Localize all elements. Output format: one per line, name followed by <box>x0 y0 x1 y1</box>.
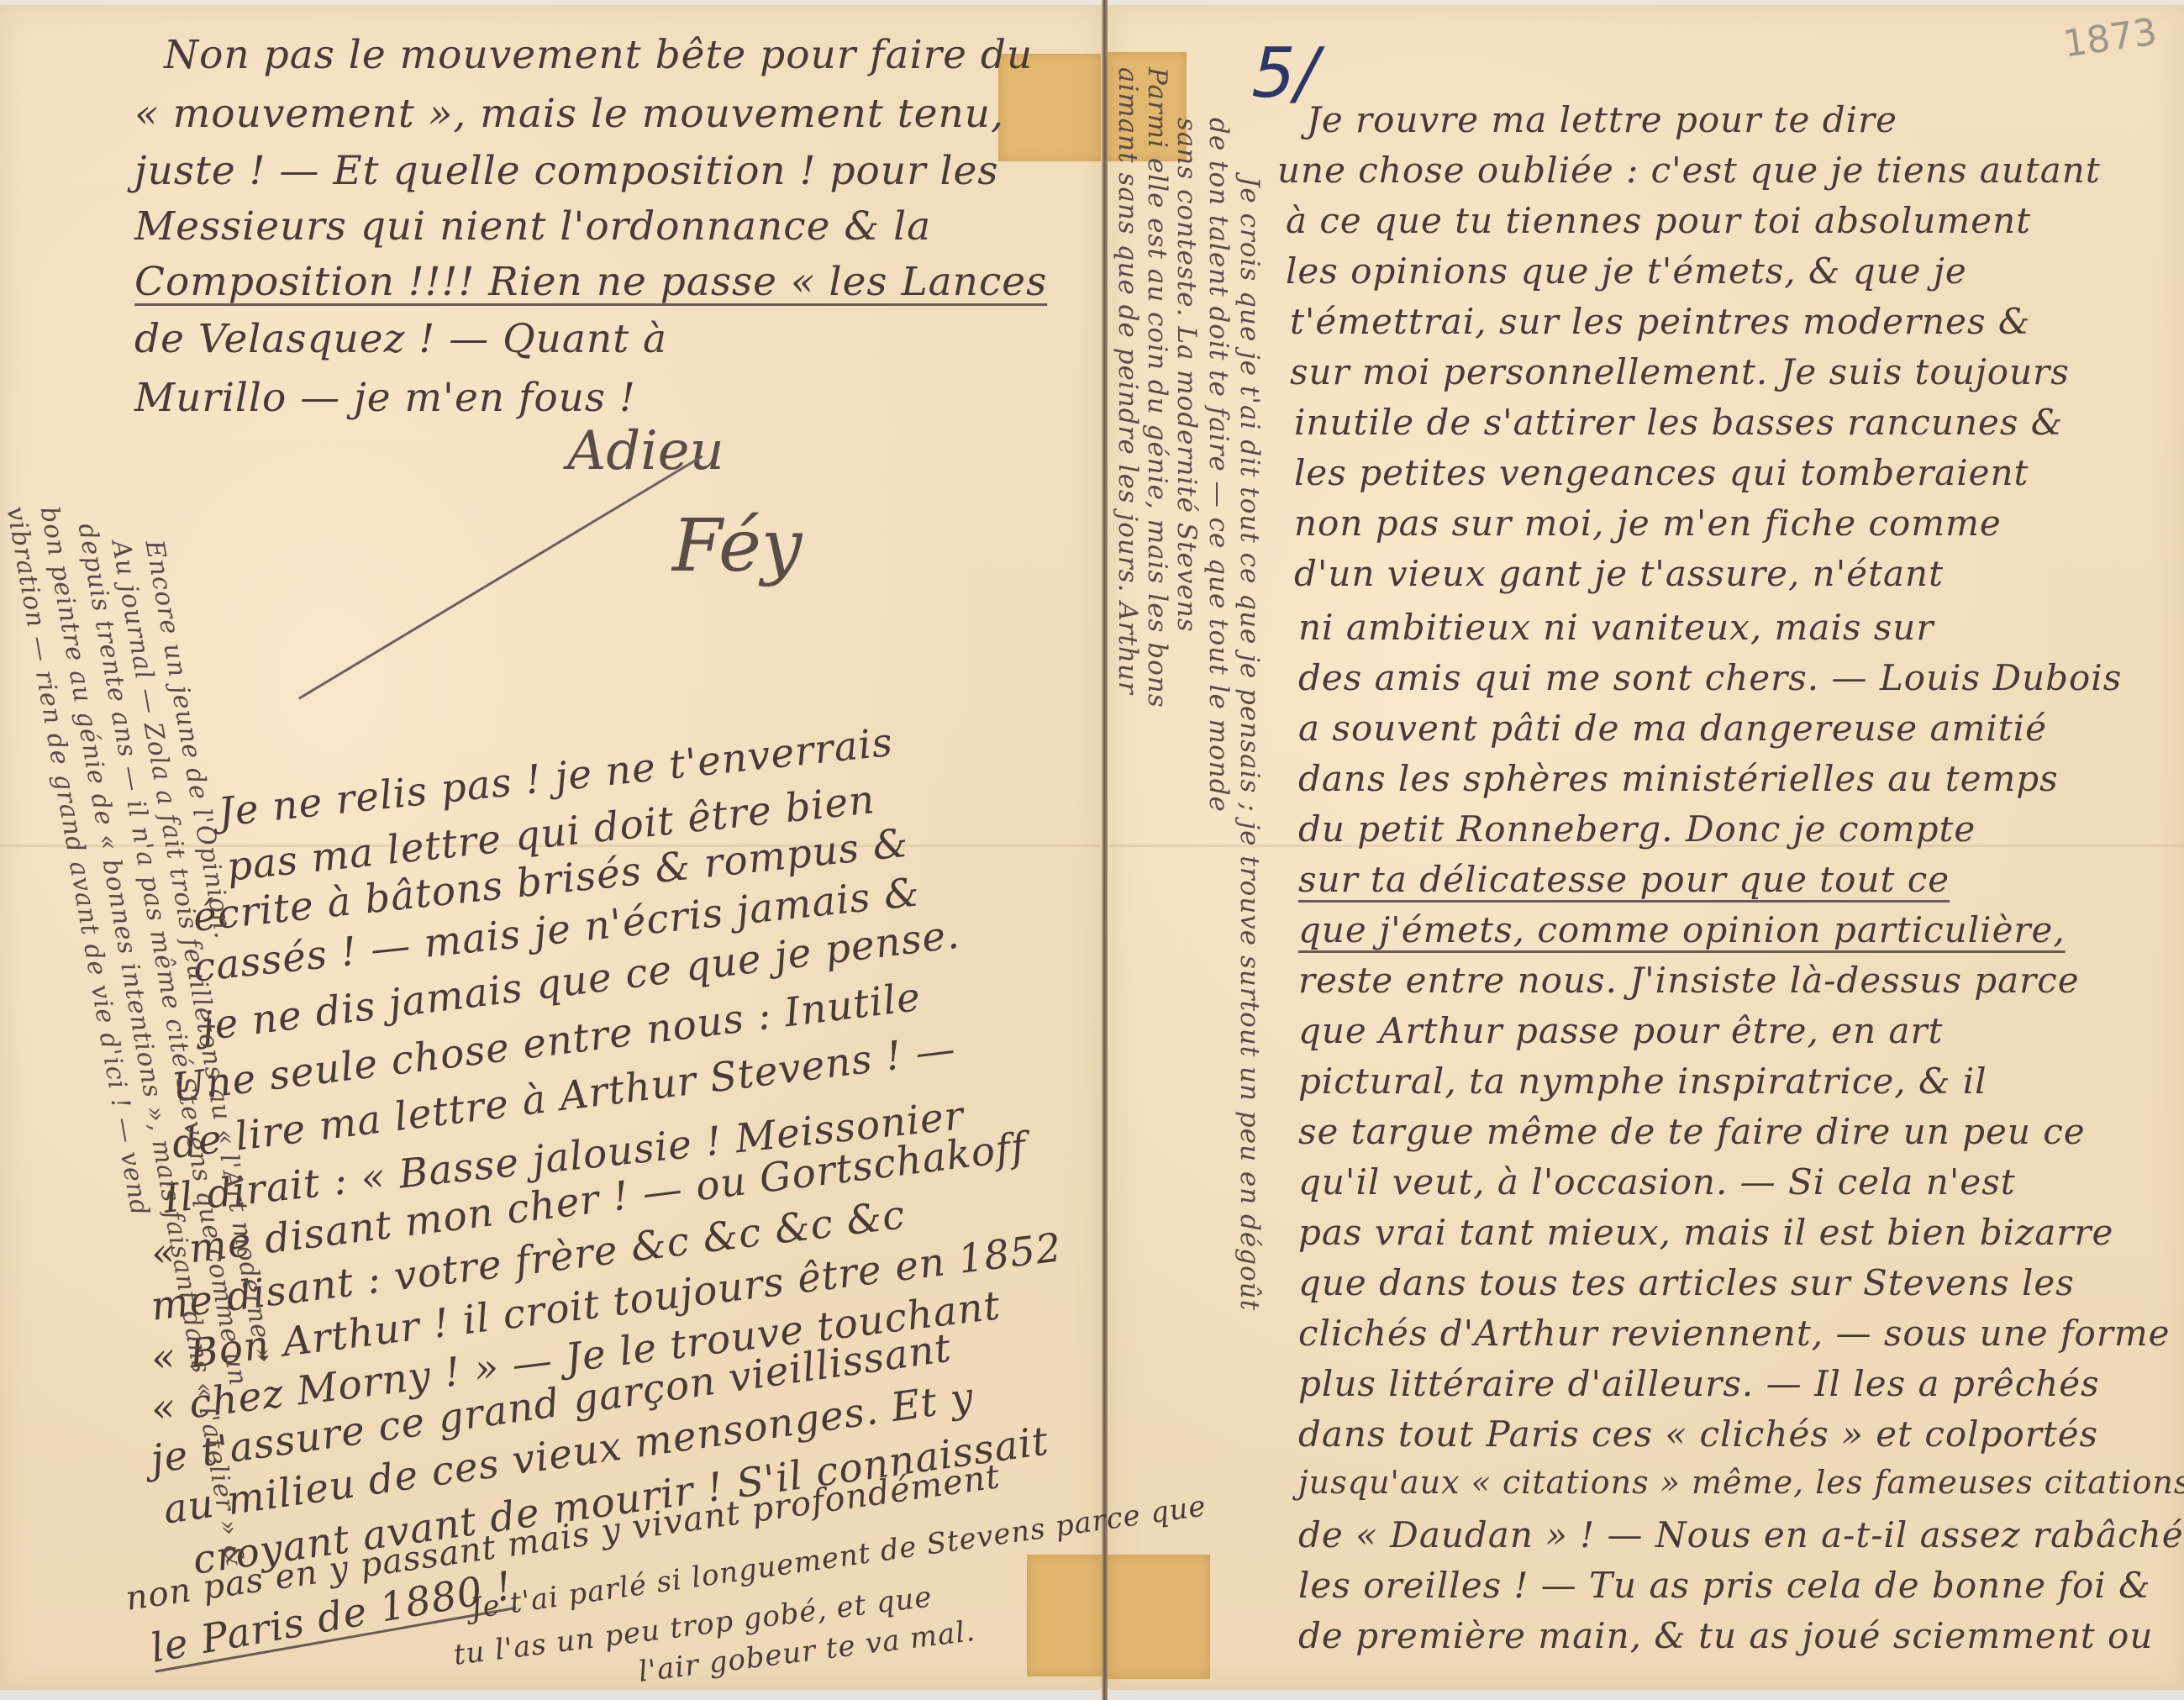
text-line: reste entre nous. J'insiste là-dessus pa… <box>1298 960 2080 1001</box>
text-line: inutile de s'attirer les basses rancunes… <box>1294 402 2063 443</box>
text-line: pictural, ta nymphe inspiratrice, & il <box>1298 1061 1987 1102</box>
text-line: Je rouvre ma lettre pour te dire <box>1307 99 1897 140</box>
text-line: Murillo — je m'en fous ! <box>134 375 636 421</box>
text-line: à ce que tu tiennes pour toi absolument <box>1286 200 2031 241</box>
margin-note-line: Parmi elle est au coin du génie, mais le… <box>1142 67 1172 708</box>
margin-note-line: de ton talent doit te faire — ce que tou… <box>1203 118 1234 813</box>
page-gutter <box>1102 0 1108 1700</box>
text-line: se targue même de te faire dire un peu c… <box>1298 1111 2086 1152</box>
text-line: d'un vieux gant je t'assure, n'étant <box>1294 553 1944 594</box>
text-line: une chose oubliée : c'est que je tiens a… <box>1277 150 2101 191</box>
text-line: a souvent pâti de ma dangereuse amitié <box>1298 708 2047 749</box>
text-line: que Arthur passe pour être, en art <box>1298 1010 1943 1051</box>
text-line: des amis qui me sont chers. — Louis Dubo… <box>1298 657 2122 698</box>
text-line: sur ta délicatesse pour que tout ce <box>1298 859 1950 900</box>
text-line: dans les sphères ministérielles au temps <box>1298 758 2059 799</box>
text-line: « mouvement », mais le mouvement tenu, <box>134 91 1004 137</box>
text-line: qu'il veut, à l'occasion. — Si cela n'es… <box>1298 1161 2016 1203</box>
text-line: t'émettrai, sur les peintres modernes & <box>1290 301 2030 342</box>
text-line: pas vrai tant mieux, mais il est bien bi… <box>1298 1212 2113 1253</box>
text-line: les oreilles ! — Tu as pris cela de bonn… <box>1298 1565 2150 1606</box>
text-line: de « Daudan » ! — Nous en a-t-il assez r… <box>1298 1514 2184 1555</box>
margin-note-line: sans conteste. La modernité Stevens <box>1171 118 1202 633</box>
text-line: de Velasquez ! — Quant à <box>134 316 667 362</box>
text-line: que dans tous tes articles sur Stevens l… <box>1298 1262 2075 1303</box>
signature: Féy <box>672 504 802 588</box>
text-line: du petit Ronneberg. Donc je compte <box>1298 808 1976 850</box>
margin-note-line: aimant sans que de peindre les jours. Ar… <box>1113 67 1143 695</box>
text-line: juste ! — Et quelle composition ! pour l… <box>134 148 999 194</box>
text-line: ni ambitieux ni vaniteux, mais sur <box>1298 607 1934 648</box>
text-line: que j'émets, comme opinion particulière, <box>1298 909 2066 950</box>
closing-adieu: Adieu <box>567 420 724 482</box>
text-line: Composition !!!! Rien ne passe « les Lan… <box>134 259 1047 305</box>
text-line: Messieurs qui nient l'ordonnance & la <box>134 203 931 250</box>
text-line: dans tout Paris ces « clichés » et colpo… <box>1298 1413 2098 1455</box>
tape-bottom-right <box>1108 1555 1210 1679</box>
text-line: clichés d'Arthur reviennent, — sous une … <box>1298 1313 2171 1354</box>
text-line: les opinions que je t'émets, & que je <box>1286 250 1967 292</box>
tape-bottom-left <box>1027 1555 1103 1676</box>
margin-note-line: Je crois que je t'ai dit tout ce que je … <box>1234 176 1265 1311</box>
text-line: jusqu'aux « citations » même, les fameus… <box>1298 1464 2184 1501</box>
text-line: de première main, & tu as joué sciemment… <box>1298 1615 2153 1656</box>
text-line: les petites vengeances qui tomberaient <box>1294 452 2029 493</box>
text-line: Non pas le mouvement bête pour faire du <box>164 32 1033 78</box>
text-line: non pas sur moi, je m'en fiche comme <box>1294 503 2002 544</box>
text-line: sur moi personnellement. Je suis toujour… <box>1290 351 2070 392</box>
text-line: plus littéraire d'ailleurs. — Il les a p… <box>1298 1363 2100 1404</box>
